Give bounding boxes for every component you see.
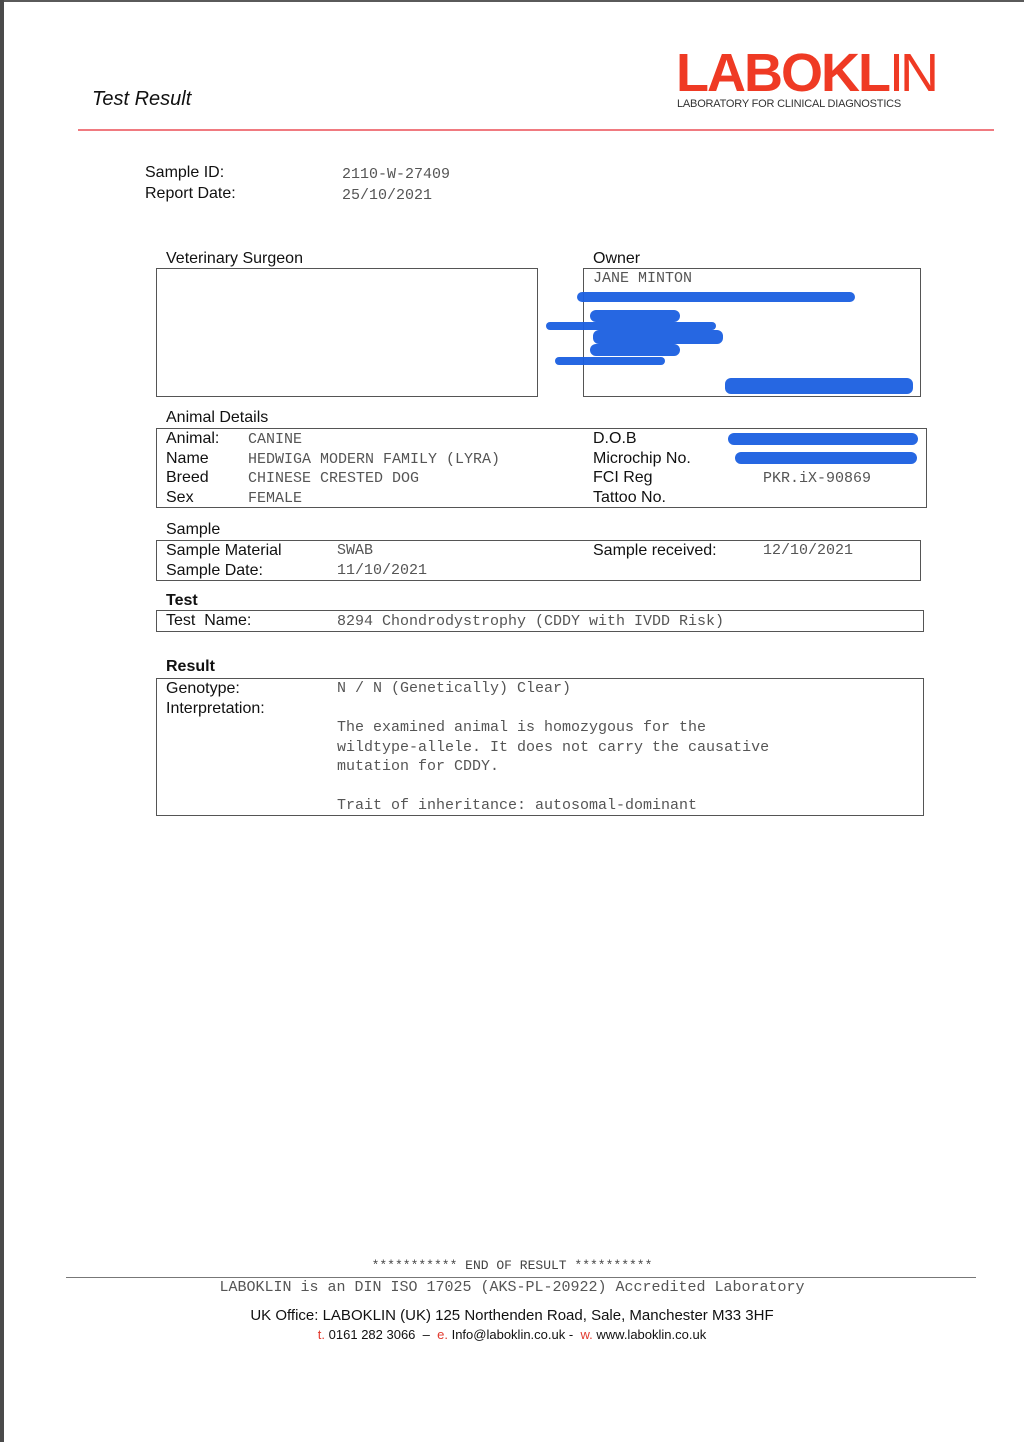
sample-id-value: 2110-W-27409 (342, 166, 450, 183)
test-section-label: Test (166, 592, 198, 610)
sample-date-value: 11/10/2021 (337, 562, 427, 579)
owner-name: JANE MINTON (593, 270, 692, 287)
vet-surgeon-label: Veterinary Surgeon (166, 250, 303, 268)
redaction-mark (590, 310, 680, 322)
sample-received-label: Sample received: (593, 542, 717, 560)
redaction-mark (590, 344, 680, 356)
vet-surgeon-box (156, 268, 538, 397)
genotype-value: N / N (Genetically) Clear) (337, 680, 571, 697)
email-prefix: e. (437, 1327, 448, 1342)
footer-divider (66, 1277, 976, 1278)
inheritance-text: Trait of inheritance: autosomal-dominant (337, 797, 697, 814)
test-name-value: 8294 Chondrodystrophy (CDDY with IVDD Ri… (337, 613, 724, 630)
redaction-mark (725, 378, 913, 394)
animal-label: Animal: (166, 430, 219, 448)
name-value: HEDWIGA MODERN FAMILY (LYRA) (248, 451, 500, 468)
end-of-result-marker: *********** END OF RESULT ********** (0, 1258, 1024, 1273)
redaction-mark (577, 292, 855, 302)
fci-value: PKR.iX-90869 (763, 470, 871, 487)
redaction-mark (735, 452, 917, 464)
contact-line: t. 0161 282 3066 – e. Info@laboklin.co.u… (0, 1327, 1024, 1342)
fci-label: FCI Reg (593, 469, 653, 487)
tel-prefix: t. (318, 1327, 325, 1342)
interpretation-label: Interpretation: (166, 700, 265, 718)
website-link[interactable]: www.laboklin.co.uk (596, 1327, 706, 1342)
email-link[interactable]: Info@laboklin.co.uk (452, 1327, 566, 1342)
logo-subtitle: LABORATORY FOR CLINICAL DIAGNOSTICS (677, 98, 901, 110)
logo-bold-text: LABOKL (676, 43, 889, 103)
test-name-label: Test Name: (166, 612, 251, 630)
web-prefix: w. (580, 1327, 592, 1342)
sex-value: FEMALE (248, 490, 302, 507)
office-address: UK Office: LABOKLIN (UK) 125 Northenden … (0, 1307, 1024, 1324)
sample-section-label: Sample (166, 521, 220, 539)
header-divider (78, 129, 994, 131)
viewer-left-edge (0, 0, 4, 1442)
phone-number: 0161 282 3066 (329, 1327, 416, 1342)
interpretation-line-2: wildtype-allele. It does not carry the c… (337, 739, 769, 756)
interpretation-line-3: mutation for CDDY. (337, 758, 499, 775)
report-date-label: Report Date: (145, 185, 236, 203)
owner-label: Owner (593, 250, 640, 268)
genotype-label: Genotype: (166, 680, 240, 698)
sample-material-value: SWAB (337, 542, 373, 559)
accreditation-text: LABOKLIN is an DIN ISO 17025 (AKS-PL-209… (0, 1279, 1024, 1296)
viewer-top-edge (0, 0, 1024, 2)
separator: - (569, 1327, 573, 1342)
sample-date-label: Sample Date: (166, 562, 263, 580)
name-label: Name (166, 450, 209, 468)
sample-received-value: 12/10/2021 (763, 542, 853, 559)
animal-details-label: Animal Details (166, 409, 268, 427)
result-section-label: Result (166, 658, 215, 676)
breed-label: Breed (166, 469, 209, 487)
logo-thin-text: IN (889, 43, 935, 103)
redaction-mark (546, 322, 716, 330)
sex-label: Sex (166, 489, 194, 507)
microchip-label: Microchip No. (593, 450, 691, 468)
laboklin-logo: LABOKLIN (676, 46, 935, 100)
redaction-mark (593, 330, 723, 344)
sample-material-label: Sample Material (166, 542, 282, 560)
sample-id-label: Sample ID: (145, 164, 224, 182)
tattoo-label: Tattoo No. (593, 489, 666, 507)
document-title: Test Result (92, 88, 191, 111)
dob-label: D.O.B (593, 430, 637, 448)
redaction-mark (728, 433, 918, 445)
separator: – (423, 1327, 430, 1342)
report-date-value: 25/10/2021 (342, 187, 432, 204)
interpretation-line-1: The examined animal is homozygous for th… (337, 719, 706, 736)
breed-value: CHINESE CRESTED DOG (248, 470, 419, 487)
redaction-mark (555, 357, 665, 365)
animal-value: CANINE (248, 431, 302, 448)
